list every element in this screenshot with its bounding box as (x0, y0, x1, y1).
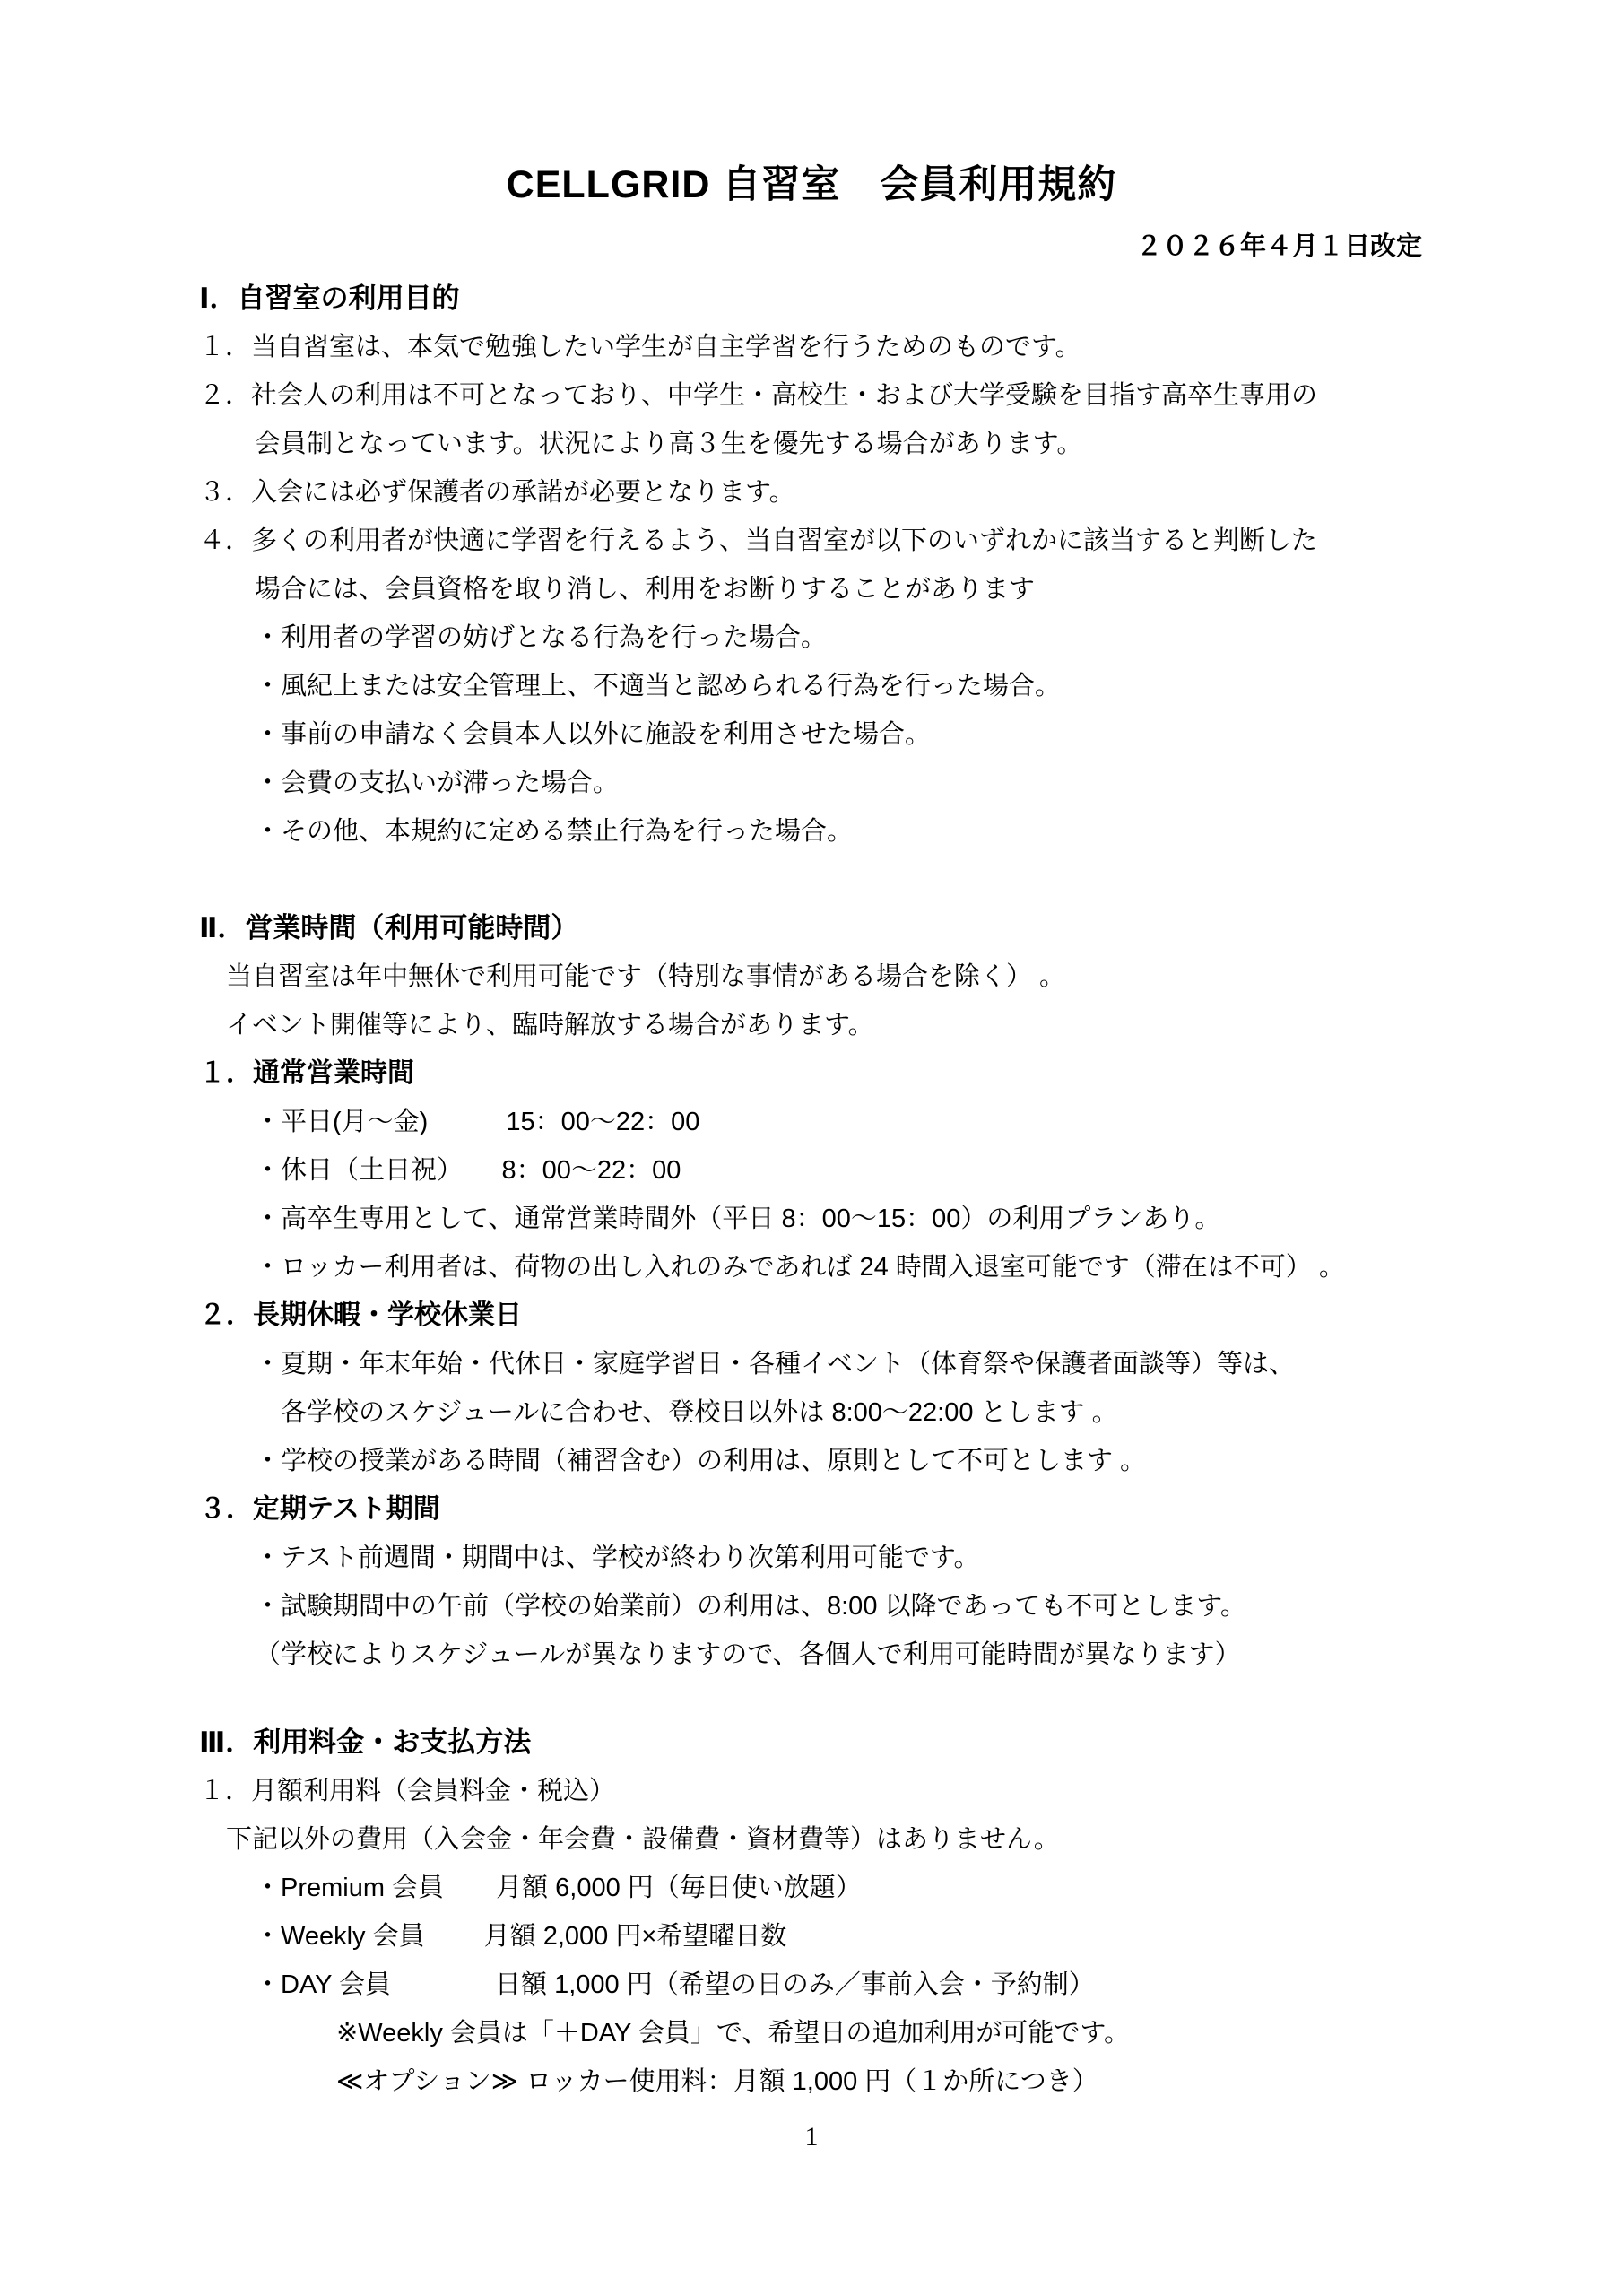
school-holiday-heading: ２．長期休暇・学校休業日 (0, 1291, 1623, 1340)
prohibited-bullet-3: ・事前の申請なく会員本人以外に施設を利用させた場合。 (0, 710, 1623, 759)
plan-weekly: ・Weekly 会員 月額 2,000 円×希望曜日数 (0, 1912, 1623, 1961)
section-3-heading: Ⅲ．利用料金・お支払方法 (0, 1718, 1623, 1767)
prohibited-bullet-5: ・その他、本規約に定める禁止行為を行った場合。 (0, 807, 1623, 856)
normal-hours-graduate-plan: ・高卒生専用として、通常営業時間外（平日 8：00～15：00）の利用プランあり… (0, 1195, 1623, 1243)
page-number: 1 (0, 2113, 1623, 2161)
school-holiday-bullet-1-line-2: 各学校のスケジュールに合わせ、登校日以外は 8:00～22:00 とします 。 (0, 1388, 1623, 1437)
hours-intro-1: 当自習室は年中無休で利用可能です（特別な事情がある場合を除く） 。 (0, 952, 1623, 1001)
purpose-item-1: １．当自習室は、本気で勉強したい学生が自主学習を行うためのものです。 (0, 323, 1623, 371)
normal-hours-heading: １．通常営業時間 (0, 1049, 1623, 1098)
fees-note-option: ≪オプション≫ ロッカー使用料：月額 1,000 円（１か所につき） (0, 2057, 1623, 2106)
purpose-item-2-line-1: ２．社会人の利用は不可となっており、中学生・高校生・および大学受験を目指す高卒生… (0, 371, 1623, 420)
test-period-heading: ３．定期テスト期間 (0, 1485, 1623, 1534)
purpose-item-4-line-2: 場合には、会員資格を取り消し、利用をお断りすることがあります (0, 565, 1623, 613)
monthly-fee-heading: １．月額利用料（会員料金・税込） (0, 1767, 1623, 1815)
section-1-heading: Ⅰ．自習室の利用目的 (0, 274, 1623, 323)
prohibited-bullet-2: ・風紀上または安全管理上、不適当と認められる行為を行った場合。 (0, 662, 1623, 710)
school-holiday-bullet-1-line-1: ・夏期・年末年始・代休日・家庭学習日・各種イベント（体育祭や保護者面談等）等は、 (0, 1340, 1623, 1388)
school-holiday-bullet-2: ・学校の授業がある時間（補習含む）の利用は、原則として不可とします 。 (0, 1437, 1623, 1485)
prohibited-bullet-4: ・会費の支払いが滞った場合。 (0, 759, 1623, 807)
prohibited-bullet-1: ・利用者の学習の妨げとなる行為を行った場合。 (0, 613, 1623, 662)
fees-note-weekly: ※Weekly 会員は「＋DAY 会員」で、希望日の追加利用が可能です。 (0, 2009, 1623, 2057)
hours-intro-2: イベント開催等により、臨時解放する場合があります。 (0, 1001, 1623, 1049)
section-2-heading: Ⅱ．営業時間（利用可能時間） (0, 904, 1623, 952)
test-period-bullet-2: ・試験期間中の午前（学校の始業前）の利用は、8:00 以降であっても不可とします… (0, 1582, 1623, 1631)
purpose-item-3: ３．入会には必ず保護者の承諾が必要となります。 (0, 468, 1623, 517)
purpose-item-2-line-2: 会員制となっています。状況により高３生を優先する場合があります。 (0, 420, 1623, 468)
fees-intro: 下記以外の費用（入会金・年会費・設備費・資材費等）はありません。 (0, 1815, 1623, 1864)
plan-premium: ・Premium 会員 月額 6,000 円（毎日使い放題） (0, 1864, 1623, 1912)
test-period-bullet-1: ・テスト前週間・期間中は、学校が終わり次第利用可能です。 (0, 1534, 1623, 1582)
normal-hours-holiday: ・休日（土日祝） 8：00～22：00 (0, 1146, 1623, 1195)
test-period-note: （学校によりスケジュールが異なりますので、各個人で利用可能時間が異なります） (0, 1631, 1623, 1679)
normal-hours-weekday: ・平日(月～金) 15：00～22：00 (0, 1098, 1623, 1146)
purpose-item-4-line-1: ４．多くの利用者が快適に学習を行えるよう、当自習室が以下のいずれかに該当すると判… (0, 517, 1623, 565)
revision-date: ２０２６年４月１日改定 (0, 222, 1623, 271)
document-page: CELLGRID 自習室 会員利用規約 ２０２６年４月１日改定 Ⅰ．自習室の利用… (0, 0, 1623, 2296)
plan-day: ・DAY 会員 日額 1,000 円（希望の日のみ／事前入会・予約制） (0, 1961, 1623, 2009)
normal-hours-locker: ・ロッカー利用者は、荷物の出し入れのみであれば 24 時間入退室可能です（滞在は… (0, 1243, 1623, 1291)
doc-title: CELLGRID 自習室 会員利用規約 (0, 0, 1623, 210)
